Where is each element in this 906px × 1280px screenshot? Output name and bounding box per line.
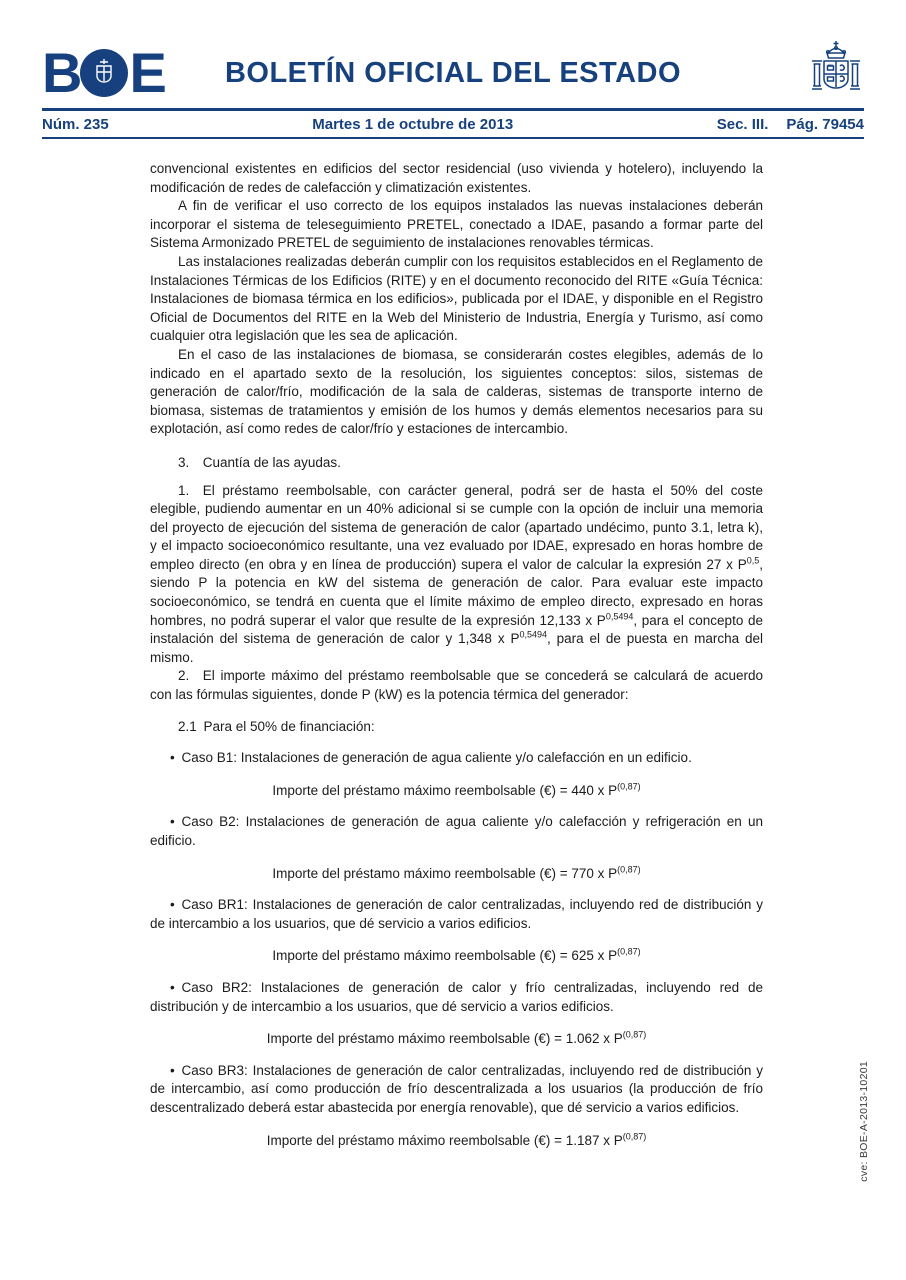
superscript-exponent: (0,87) (617, 781, 641, 791)
superscript-exponent: (0,87) (617, 947, 641, 957)
formula-line: Importe del préstamo máximo reembolsable… (150, 865, 763, 884)
paragraph: • Caso BR1: Instalaciones de generación … (150, 896, 763, 933)
superscript-exponent: 0,5 (747, 555, 760, 565)
spain-coat-of-arms-icon (808, 39, 864, 108)
boe-logo-letter-e: E (129, 47, 163, 99)
paragraph: A fin de verificar el uso correcto de lo… (150, 197, 763, 253)
formula-line: Importe del préstamo máximo reembolsable… (150, 947, 763, 966)
superscript-exponent: (0,87) (617, 864, 641, 874)
paragraph: 3. Cuantía de las ayudas. (150, 454, 763, 473)
superscript-exponent: (0,87) (623, 1131, 647, 1141)
paragraph: • Caso BR2: Instalaciones de generación … (150, 979, 763, 1016)
issue-meta-bar: Núm. 235 Martes 1 de octubre de 2013 Sec… (42, 108, 864, 139)
section-label: Sec. III. (717, 116, 769, 133)
superscript-exponent: 0,5494 (606, 611, 634, 621)
boe-logo-emblem-circle (80, 49, 128, 97)
paragraph: • Caso B2: Instalaciones de generación d… (150, 813, 763, 850)
boe-logo-letter-b: B (42, 47, 79, 99)
superscript-exponent: (0,87) (623, 1030, 647, 1040)
page-number: Pág. 79454 (786, 116, 864, 133)
paragraph: En el caso de las instalaciones de bioma… (150, 346, 763, 439)
document-body: convencional existentes en edificios del… (150, 160, 763, 1163)
paragraph: 2. El importe máximo del préstamo reembo… (150, 667, 763, 704)
formula-line: Importe del préstamo máximo reembolsable… (150, 1030, 763, 1049)
paragraph: • Caso BR3: Instalaciones de generación … (150, 1062, 763, 1118)
cve-code: cve: BOE-A-2013-10201 (858, 1061, 870, 1182)
document-header: B E BOLETÍN OFICIAL DEL ESTADO (42, 40, 864, 106)
boe-logo: B E (42, 47, 164, 99)
paragraph: 1. El préstamo reembolsable, con carácte… (150, 482, 763, 668)
page-title: BOLETÍN OFICIAL DEL ESTADO (42, 57, 864, 90)
paragraph: convencional existentes en edificios del… (150, 160, 763, 197)
boe-document-page: B E BOLETÍN OFICIAL DEL ESTADO (0, 0, 906, 1280)
paragraph: • Caso B1: Instalaciones de generación d… (150, 749, 763, 768)
superscript-exponent: 0,5494 (519, 630, 547, 640)
formula-line: Importe del préstamo máximo reembolsable… (150, 782, 763, 801)
issue-date: Martes 1 de octubre de 2013 (312, 116, 513, 133)
boe-logo-crest-icon (91, 58, 117, 88)
formula-line: Importe del préstamo máximo reembolsable… (150, 1132, 763, 1151)
paragraph: Las instalaciones realizadas deberán cum… (150, 253, 763, 346)
paragraph: 2.1 Para el 50% de financiación: (150, 718, 763, 737)
issue-number: Núm. 235 (42, 116, 109, 133)
